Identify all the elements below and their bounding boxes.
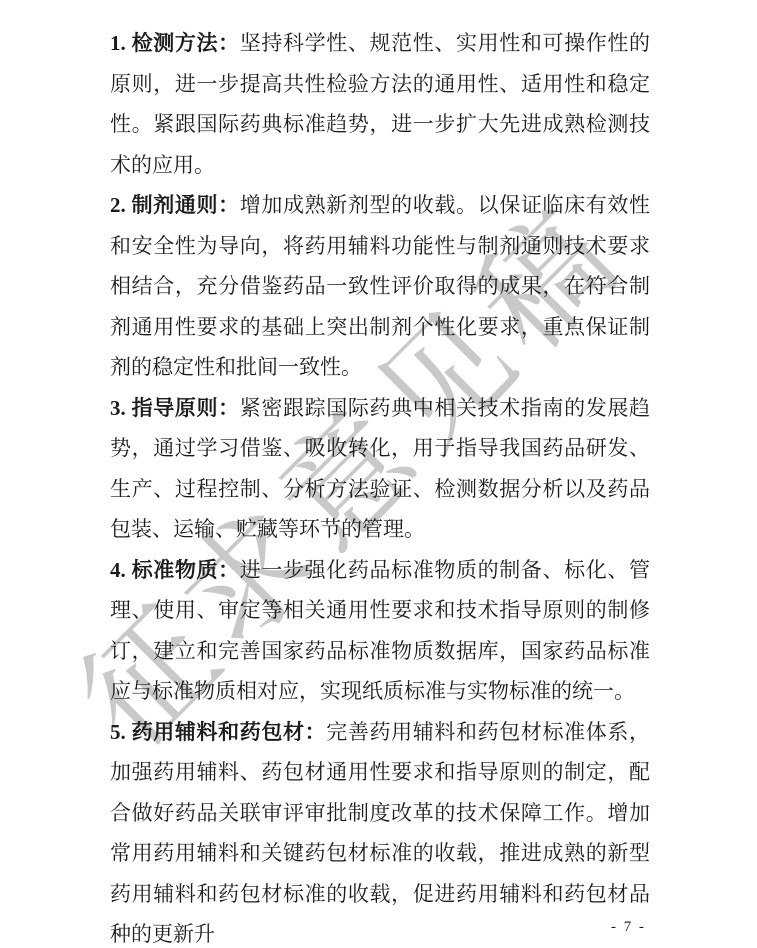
item-heading: 1. 检测方法： [110, 31, 240, 55]
item-heading: 5. 药用辅料和药包材： [110, 720, 326, 744]
item-heading: 3. 指导原则： [110, 396, 240, 420]
document-page: 征求意见稿 1. 检测方法：坚持科学性、规范性、实用性和可操作性的原则，进一步提… [0, 0, 757, 948]
item-text: 完善药用辅料和药包材标准体系，加强药用辅料、药包材通用性要求和指导原则的制定，配… [110, 720, 650, 947]
list-item-reference-standards: 4. 标准物质：进一步强化药品标准物质的制备、标化、管理、使用、审定等相关通用性… [110, 550, 650, 712]
document-body: 1. 检测方法：坚持科学性、规范性、实用性和可操作性的原则，进一步提高共性检验方… [110, 23, 650, 948]
list-item-preparation-general-rules: 2. 制剂通则：增加成熟新剂型的收载。以保证临床有效性和安全性为导向，将药用辅料… [110, 185, 650, 388]
item-text: 增加成熟新剂型的收载。以保证临床有效性和安全性为导向，将药用辅料功能性与制剂通则… [110, 193, 650, 379]
page-number: - 7 - [110, 919, 646, 936]
item-heading: 4. 标准物质： [110, 558, 240, 582]
list-item-guiding-principles: 3. 指导原则：紧密跟踪国际药典中相关技术指南的发展趋势，通过学习借鉴、吸收转化… [110, 388, 650, 550]
item-heading: 2. 制剂通则： [110, 193, 240, 217]
list-item-excipients-packaging: 5. 药用辅料和药包材：完善药用辅料和药包材标准体系，加强药用辅料、药包材通用性… [110, 712, 650, 948]
list-item-detection-methods: 1. 检测方法：坚持科学性、规范性、实用性和可操作性的原则，进一步提高共性检验方… [110, 23, 650, 185]
